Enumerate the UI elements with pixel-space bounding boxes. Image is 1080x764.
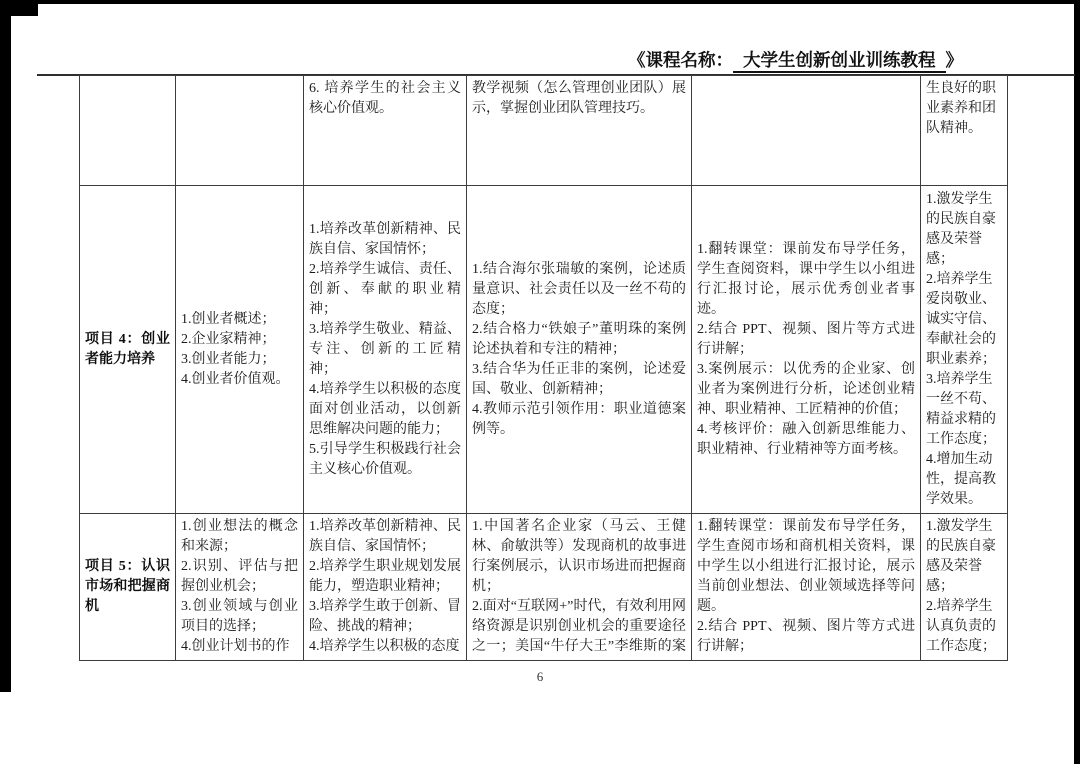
cell-objectives: 1.培养改革创新精神、民族自信、家国情怀； 2.培养学生诚信、责任、创新、奉献的… bbox=[304, 186, 467, 514]
scan-edge-left bbox=[0, 0, 11, 692]
course-title-suffix: 》 bbox=[946, 50, 964, 70]
course-title-header: 《课程名称：大学生创新创业训练教程》 bbox=[628, 47, 963, 72]
cell-methods bbox=[692, 76, 921, 186]
table-row-project-5: 项目 5：认识市场和把握商机 1.创业想法的概念和来源； 2.识别、评估与把握创… bbox=[80, 514, 1008, 661]
scan-edge-right bbox=[1074, 0, 1080, 764]
table-row-continued: 6. 培养学生的社会主义核心价值观。 教学视频（怎么管理创业团队）展示，掌握创业… bbox=[80, 76, 1008, 186]
cell-project: 项目 5：认识市场和把握商机 bbox=[80, 514, 176, 661]
cell-content bbox=[176, 76, 304, 186]
cell-cases: 1.中国著名企业家（马云、王健林、俞敏洪等）发现商机的故事进行案例展示，认识市场… bbox=[467, 514, 692, 661]
course-title-prefix: 《课程名称： bbox=[628, 50, 733, 70]
cell-outcomes: 1.激发学生的民族自豪感及荣誉感； 2.培养学生爱岗敬业、诚实守信、奉献社会的职… bbox=[921, 186, 1008, 514]
cell-cases: 1.结合海尔张瑞敏的案例，论述质量意识、社会责任以及一丝不苟的态度； 2.结合格… bbox=[467, 186, 692, 514]
scan-edge-top bbox=[0, 0, 1080, 4]
cell-project bbox=[80, 76, 176, 186]
page-number: 6 bbox=[0, 669, 1080, 685]
cell-project: 项目 4：创业者能力培养 bbox=[80, 186, 176, 514]
course-plan-table: 6. 培养学生的社会主义核心价值观。 教学视频（怎么管理创业团队）展示，掌握创业… bbox=[79, 75, 1008, 661]
cell-methods: 1.翻转课堂：课前发布导学任务，学生查阅资料，课中学生以小组进行汇报讨论，展示优… bbox=[692, 186, 921, 514]
cell-outcomes: 生良好的职业素养和团队精神。 bbox=[921, 76, 1008, 186]
table-row-project-4: 项目 4：创业者能力培养 1.创业者概述； 2.企业家精神； 3.创业者能力； … bbox=[80, 186, 1008, 514]
cell-methods: 1.翻转课堂：课前发布导学任务，学生查阅市场和商机相关资料，课中学生以小组进行汇… bbox=[692, 514, 921, 661]
cell-content: 1.创业者概述； 2.企业家精神； 3.创业者能力； 4.创业者价值观。 bbox=[176, 186, 304, 514]
cell-objectives: 6. 培养学生的社会主义核心价值观。 bbox=[304, 76, 467, 186]
cell-outcomes: 1.激发学生的民族自豪感及荣誉感； 2.培养学生认真负责的工作态度； bbox=[921, 514, 1008, 661]
course-title-name: 大学生创新创业训练教程 bbox=[733, 50, 946, 73]
cell-objectives: 1.培养改革创新精神、民族自信、家国情怀； 2.培养学生职业规划发展能力，塑造职… bbox=[304, 514, 467, 661]
cell-cases: 教学视频（怎么管理创业团队）展示，掌握创业团队管理技巧。 bbox=[467, 76, 692, 186]
cell-content: 1.创业想法的概念和来源； 2.识别、评估与把握创业机会； 3.创业领域与创业项… bbox=[176, 514, 304, 661]
